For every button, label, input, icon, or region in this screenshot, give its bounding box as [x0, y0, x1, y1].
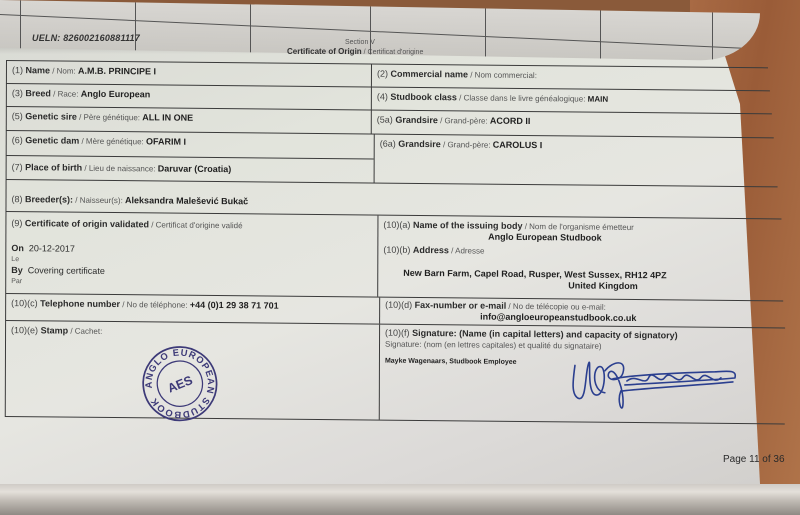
book-bottom-edge — [0, 484, 800, 515]
field-label: Name — [25, 65, 50, 75]
by-label: By — [11, 265, 23, 275]
field-label: Breed — [25, 88, 51, 98]
field-stamp: (10)(e) Stamp / Cachet: ANGLO EUROPEAN S… — [5, 321, 379, 420]
grandsire-5a-value: ACORD II — [490, 116, 531, 126]
field-label-fr: / Classe dans le livre généalogique: — [457, 93, 588, 103]
genetic-dam-value: OFARIM I — [146, 136, 186, 146]
field-label: Fax-number or e-mail — [415, 300, 507, 311]
field-signature: (10)(f) Signature: (Name (in capital let… — [379, 325, 785, 424]
field-num: (10)(f) — [385, 328, 410, 338]
page-number: Page 11 of 36 — [723, 454, 785, 465]
field-label-fr: / Père génétique: — [77, 113, 142, 123]
validated-date: 20-12-2017 — [29, 243, 75, 253]
field-num: (10)(b) — [383, 245, 410, 255]
field-label: Genetic dam — [25, 135, 79, 146]
by-label-fr: Par — [11, 276, 372, 290]
field-grandsire-6a: (6a) Grandsire / Grand-père: CAROLUS I — [374, 135, 774, 188]
field-label-fr: / Nom: — [50, 66, 78, 75]
field-fax-email: (10)(d) Fax-number or e-mail / No de tél… — [379, 298, 783, 328]
field-issuing-body: (10)(a) Name of the issuing body / Nom d… — [377, 216, 781, 301]
breed-value: Anglo European — [81, 89, 151, 100]
field-label: Address — [413, 245, 449, 255]
field-label-fr: / Mère génétique: — [79, 137, 146, 147]
field-num: (9) — [11, 218, 22, 228]
field-num: (3) — [12, 88, 23, 98]
field-label-fr: / Lieu de naissance: — [82, 164, 158, 174]
ueln-number: UELN: 826002160881117 — [32, 33, 140, 43]
field-num: (10)(e) — [11, 325, 38, 335]
field-num: (6) — [12, 135, 23, 145]
field-label-fr: / Nom de l'organisme émetteur — [522, 222, 633, 232]
field-num: (8) — [11, 194, 22, 204]
field-genetic-dam: (6) Genetic dam / Mère génétique: OFARIM… — [6, 131, 374, 159]
svg-text:AES: AES — [166, 373, 195, 395]
title-en: Certificate of Origin — [287, 47, 362, 56]
field-label: Certificate of origin validated — [25, 218, 149, 229]
grandsire-6a-value: CAROLUS I — [493, 140, 543, 150]
field-label: Name of the issuing body — [413, 220, 523, 231]
field-label: Grandsire — [395, 115, 438, 125]
field-num: (5) — [12, 111, 23, 121]
field-num: (10)(a) — [383, 220, 410, 230]
field-label-fr: / Race: — [51, 89, 81, 98]
telephone-value: +44 (0)1 29 38 71 701 — [190, 300, 279, 311]
field-label-fr: / Grand-père: — [441, 140, 493, 149]
field-label: Grandsire — [398, 139, 441, 149]
field-label-fr: / Nom commercial: — [468, 70, 537, 80]
genetic-sire-value: ALL IN ONE — [142, 112, 193, 122]
aes-stamp-icon: ANGLO EUROPEAN STUDBOOK AES — [141, 344, 219, 423]
place-of-birth-value: Daruvar (Croatia) — [158, 163, 232, 174]
field-num: (6a) — [380, 139, 396, 149]
breeders-value: Aleksandra Malešević Bukač — [125, 195, 248, 206]
on-label: On — [11, 243, 24, 253]
field-label: Studbook class — [390, 92, 457, 103]
field-label-fr: / Adresse — [449, 246, 485, 255]
field-telephone: (10)(c) Telephone number / No de télépho… — [5, 294, 379, 324]
field-label: Place of birth — [25, 162, 82, 173]
section-label: Section V — [345, 39, 375, 46]
field-num: (10)(d) — [385, 300, 412, 310]
form-row-5: (7) Place of birth / Lieu de naissance: … — [6, 155, 374, 183]
field-num: (4) — [377, 92, 388, 102]
field-address: (10)(b) Address / Adresse — [383, 245, 776, 260]
field-label: Stamp — [41, 325, 69, 335]
validated-by: Covering certificate — [28, 265, 105, 276]
handwritten-signature-icon — [565, 350, 745, 412]
title-fr: Certificat d'origine — [368, 49, 424, 56]
field-num: (7) — [12, 162, 23, 172]
field-label-fr: / No de téléphone: — [120, 300, 190, 310]
field-label-fr: / Naisseur(s): — [73, 196, 125, 205]
horse-name-value: A.M.B. PRINCIPE I — [78, 66, 156, 77]
field-label-fr: / Grand-père: — [438, 116, 490, 125]
field-genetic-sire: (5) Genetic sire / Père génétique: ALL I… — [6, 107, 371, 134]
certificate-title: Certificate of Origin / Certificat d'ori… — [287, 47, 423, 56]
field-label: Breeder(s): — [25, 194, 73, 204]
field-num: (5a) — [377, 115, 393, 125]
field-label: Genetic sire — [25, 111, 77, 121]
field-num: (2) — [377, 69, 388, 79]
field-num: (10)(c) — [11, 298, 38, 308]
field-label: Commercial name — [390, 69, 468, 80]
form-row-7: (9) Certificate of origin validated / Ce… — [5, 211, 781, 300]
field-label-fr: / Cachet: — [68, 327, 102, 336]
studbook-class-value: MAIN — [588, 95, 608, 104]
form-row-9: (10)(e) Stamp / Cachet: ANGLO EUROPEAN S… — [5, 320, 785, 424]
field-label: Telephone number — [40, 298, 120, 309]
field-validated: (9) Certificate of origin validated / Ce… — [5, 212, 377, 297]
field-label-fr: / Certificat d'origine validé — [149, 220, 243, 230]
field-num: (1) — [12, 65, 23, 75]
field-label-fr: / No de télécopie ou e-mail: — [506, 302, 606, 312]
